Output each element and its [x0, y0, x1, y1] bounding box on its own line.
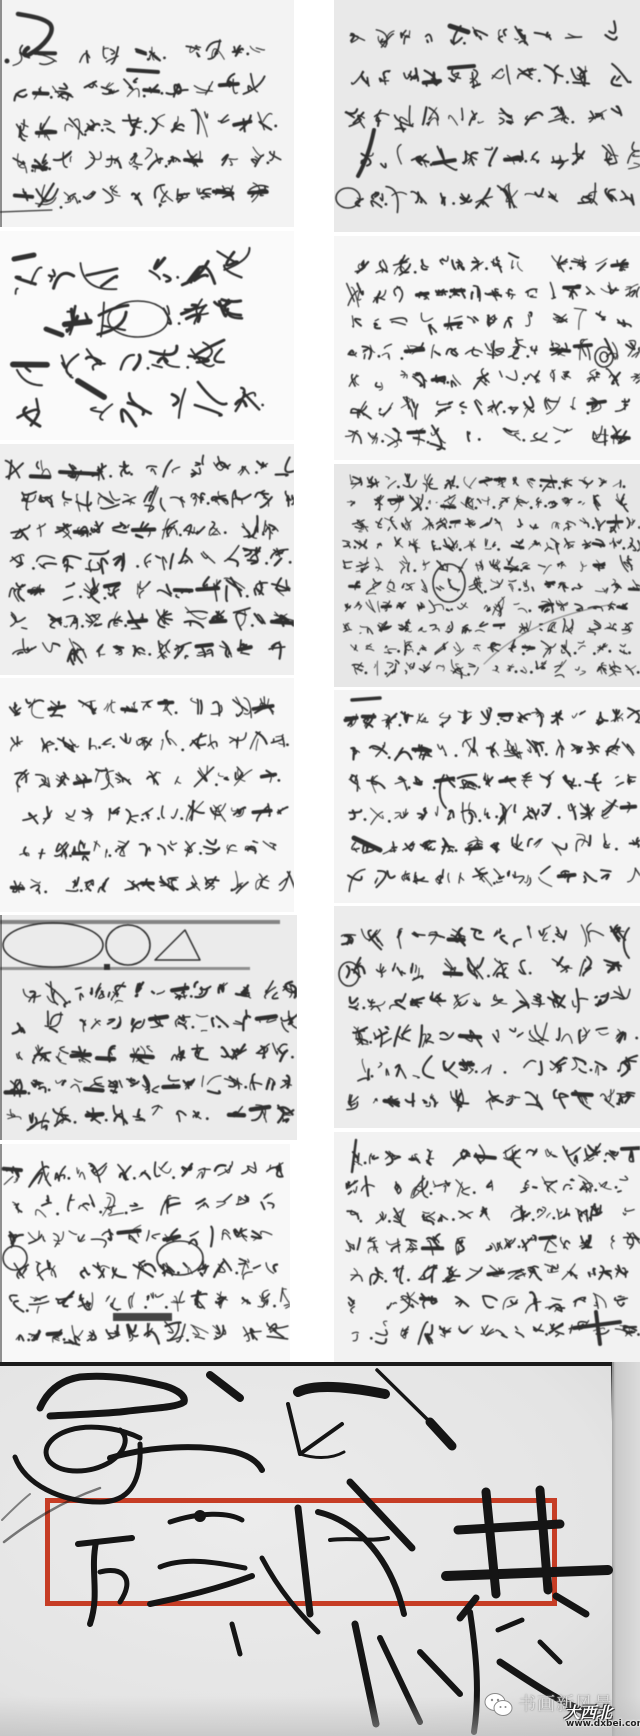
- brush-stroke: [40, 1376, 184, 1416]
- cursive-script-text: [0, 0, 294, 227]
- manuscript-panel-row2-left: [0, 231, 294, 440]
- manuscript-panel-row3-right: [334, 464, 640, 687]
- brush-stroke: [298, 1387, 385, 1394]
- brush-stroke: [160, 1561, 245, 1568]
- wechat-icon: [484, 1692, 514, 1718]
- brush-stroke: [288, 1404, 342, 1454]
- enlarged-detail-panel: [0, 1362, 640, 1736]
- brush-stroke: [232, 1624, 240, 1654]
- manuscript-panel-row1-right: [334, 0, 640, 232]
- manuscript-panel-row5-left: [0, 915, 297, 1140]
- manuscript-panel-row4-right: [334, 690, 640, 903]
- cursive-script-text: [0, 915, 297, 1140]
- brush-stroke: [330, 1538, 388, 1540]
- cursive-script-text: [334, 464, 640, 687]
- brush-stroke: [46, 1427, 140, 1471]
- brush-stroke: [298, 1508, 310, 1614]
- brush-stroke: [540, 1642, 560, 1662]
- brush-stroke: [78, 1538, 132, 1544]
- dry-brush-stroke: [4, 1488, 100, 1542]
- manuscript-panel-row2-right: [334, 236, 640, 460]
- manuscript-panel-row3-left: [0, 444, 294, 675]
- brush-stroke: [556, 1596, 586, 1614]
- cursive-script-text: [334, 0, 640, 232]
- large-cursive-characters: [0, 1362, 640, 1736]
- cursive-script-text: [334, 906, 640, 1128]
- manuscript-panel-row4-left: [0, 678, 294, 912]
- brush-stroke: [430, 1422, 452, 1446]
- dry-brush-stroke: [2, 1494, 30, 1520]
- brush-stroke: [446, 1570, 608, 1576]
- brush-stroke: [498, 1620, 522, 1630]
- cursive-script-text: [334, 236, 640, 460]
- brush-dot: [194, 1510, 206, 1522]
- cursive-script-text: [0, 231, 294, 440]
- watermark: 书画新风景 大西北 www.dxbei.com: [480, 1686, 640, 1734]
- cursive-script-text: [0, 678, 294, 912]
- brush-stroke: [170, 1514, 242, 1522]
- brush-stroke: [90, 1542, 96, 1624]
- cursive-script-text: [334, 1132, 640, 1362]
- manuscript-panel-row6-right: [334, 1132, 640, 1362]
- watermark-url: www.dxbei.com: [566, 1719, 640, 1729]
- brush-stroke: [420, 1652, 460, 1694]
- cursive-script-text: [0, 1144, 290, 1362]
- brush-stroke: [300, 1452, 344, 1458]
- cursive-script-text: [334, 690, 640, 903]
- brush-stroke: [100, 1570, 127, 1602]
- manuscript-panel-row1-left: [0, 0, 294, 227]
- manuscript-panel-row6-left: [0, 1144, 290, 1362]
- brush-stroke: [210, 1375, 240, 1398]
- cursive-script-text: [0, 444, 294, 675]
- brush-stroke: [110, 1447, 262, 1470]
- brush-stroke: [150, 1576, 252, 1604]
- manuscript-panel-row5-right: [334, 906, 640, 1128]
